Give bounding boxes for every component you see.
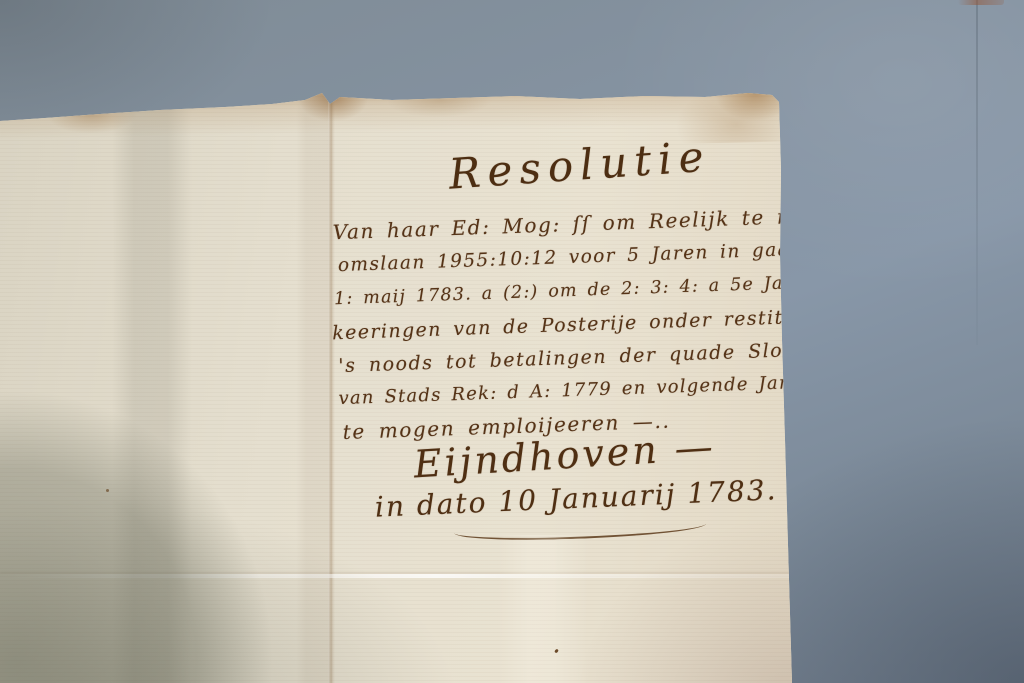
manuscript-line-2: omslaan 1955:10:12 voor 5 Jaren in gaand… (338, 238, 830, 276)
ink-speck (106, 489, 109, 492)
manuscript-line-6: van Stads Rek: d A: 1779 en volgende Jar… (338, 371, 843, 410)
manuscript-line-5: 's noods tot betalingen der quade Sloote… (338, 338, 832, 377)
background-edge-artifact (958, 0, 1004, 5)
manuscript-line-4: keeringen van de Posterije onder restitu… (332, 304, 859, 344)
ink-speck (554, 649, 559, 654)
photo-backdrop: Resolutie Van haar Ed: Mog: ſſ om Reelij… (0, 0, 1024, 683)
document-title: Resolutie (447, 132, 712, 199)
manuscript-line-1: Van haar Ed: Mog: ſſ om Reelijk te moge (332, 203, 839, 245)
manuscript-paper: Resolutie Van haar Ed: Mog: ſſ om Reelij… (0, 0, 1024, 683)
background-seam-line (976, 0, 978, 345)
manuscript-text-block: Resolutie Van haar Ed: Mog: ſſ om Reelij… (323, 127, 820, 574)
flourish-underline (454, 521, 706, 542)
manuscript-line-3: 1: maij 1783. a (2:) om de 2: 3: 4: a 5e… (334, 272, 843, 310)
horizontal-fold-crease (0, 574, 792, 578)
